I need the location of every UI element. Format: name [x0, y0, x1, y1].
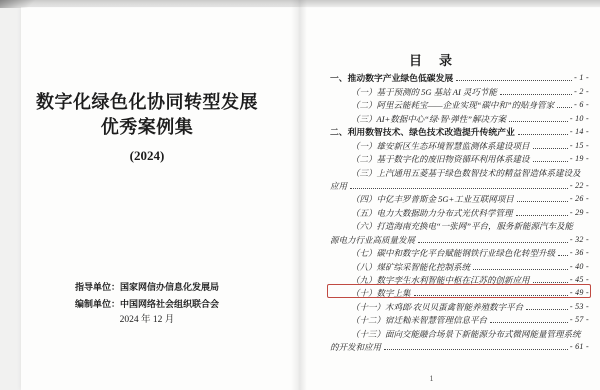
toc-entry-page-number: - 26 -	[570, 194, 589, 204]
cover-credits: 指导单位：国家网信办信息化发展局 编制单位：中国网络社会组织联合会	[21, 279, 273, 312]
dotted-leader	[384, 349, 568, 350]
dotted-leader	[526, 309, 568, 310]
toc-entry-text: （六）打造海南充换电“一张网”平台，服务新能源汽车及能	[330, 221, 573, 231]
toc-entry-page-number: - 14 -	[570, 127, 589, 137]
dotted-leader	[533, 282, 568, 283]
toc-entry-page-number: - 36 -	[570, 248, 589, 258]
toc-entry-page-number: - 45 -	[570, 275, 589, 285]
toc-entry-page-number: - 53 -	[570, 302, 589, 312]
toc-entry-text: （七）碳中和数字化平台赋能钢铁行业绿色化转型升级	[330, 248, 555, 258]
dotted-leader	[350, 188, 568, 189]
cover-page: 数字化绿色化协同转型发展 优秀案例集 (2024) 指导单位：国家网信办信息化发…	[21, 7, 299, 390]
toc-entry-row[interactable]: （十三）面向交能融合场景下新能源分布式微网能量管理系统	[330, 325, 589, 338]
toc-entry-row[interactable]: （五）电力大数据助力分布式光伏科学管理- 29 -	[330, 204, 589, 217]
toc-entry-text: （三）上汽通用五菱基于绿色数智技术的精益智造体系建设及	[330, 168, 581, 178]
toc-entry-text: （二）阿里云能耗宝——企业实现“碳中和”的贴身管家	[330, 100, 554, 110]
toc-entry-text: （十三）面向交能融合场景下新能源分布式微网能量管理系统	[330, 329, 581, 339]
toc-entry-page-number: - 61 -	[570, 342, 589, 352]
toc-list: 一、推动数字产业绿色低碳发展- 1 -（一）基于预测的 5G 基站 AI 灵巧节…	[330, 70, 589, 352]
toc-entry-page-number: - 10 -	[570, 114, 589, 124]
cover-year: (2024)	[21, 148, 273, 164]
toc-entry-row[interactable]: 应用- 22 -	[330, 178, 589, 191]
toc-entry-row[interactable]: （九）数字孪生水利智能中枢在江苏的创新应用- 45 -	[330, 272, 589, 285]
toc-entry-text: 源电力行业高质量发展	[330, 235, 415, 245]
toc-entry-text: （八）煤矿综采智能化控制系统	[330, 262, 470, 272]
toc-entry-text: （一）基于预测的 5G 基站 AI 灵巧节能	[330, 87, 497, 97]
toc-entry-page-number: - 57 -	[570, 315, 589, 325]
toc-entry-text: （十）数字上集	[330, 288, 411, 298]
credit-line-compiling-unit: 编制单位：中国网络社会组织联合会	[21, 296, 273, 313]
dotted-leader	[533, 148, 568, 149]
toc-entry-page-number: - 2 -	[574, 87, 589, 97]
dotted-leader	[500, 94, 572, 95]
toc-entry-row[interactable]: （四）中亿丰罗普斯金 5G+工业互联网项目- 26 -	[330, 191, 589, 204]
toc-entry-page-number: - 15 -	[570, 141, 589, 151]
toc-entry-page-number: - 29 -	[570, 208, 589, 218]
toc-heading: 目 录	[299, 50, 564, 69]
dotted-leader	[558, 255, 568, 256]
toc-page: 目 录 一、推动数字产业绿色低碳发展- 1 -（一）基于预测的 5G 基站 AI…	[299, 7, 600, 390]
dotted-leader	[414, 295, 568, 296]
toc-entry-text: 一、推动数字产业绿色低碳发展	[330, 73, 453, 83]
toc-entry-row[interactable]: （六）打造海南充换电“一张网”平台，服务新能源汽车及能	[330, 218, 589, 231]
toc-entry-row[interactable]: （二）阿里云能耗宝——企业实现“碳中和”的贴身管家- 6 -	[330, 97, 589, 110]
cover-title-line1: 数字化绿色化协同转型发展	[21, 91, 273, 113]
toc-entry-page-number: - 1 -	[574, 73, 589, 83]
toc-entry-text: （五）电力大数据助力分布式光伏科学管理	[330, 208, 513, 218]
toc-entry-page-number: - 6 -	[574, 100, 589, 110]
toc-entry-row[interactable]: （二）基于数字化的废旧物资循环利用体系建设- 19 -	[330, 151, 589, 164]
dotted-leader	[533, 161, 568, 162]
toc-entry-row[interactable]: （三）上汽通用五菱基于绿色数智技术的精益智造体系建设及	[330, 164, 589, 177]
toc-entry-text: （一）雄安新区生态环境智慧监测体系建设项目	[330, 141, 530, 151]
dotted-leader	[557, 107, 572, 108]
credit-line-guiding-unit: 指导单位：国家网信办信息化发展局	[21, 279, 273, 296]
toc-entry-text: 二、利用数智技术、绿色技术改造提升传统产业	[330, 127, 515, 137]
toc-page-footer-number: 1	[299, 374, 564, 383]
toc-entry-page-number: - 19 -	[570, 154, 589, 164]
toc-entry-row[interactable]: （三）AI+数据中心“绿·智·弹性”解决方案- 10 -	[330, 110, 589, 123]
toc-entry-page-number: - 49 -	[570, 288, 589, 298]
dotted-leader	[490, 322, 568, 323]
toc-entry-row[interactable]: （七）碳中和数字化平台赋能钢铁行业绿色化转型升级- 36 -	[330, 245, 589, 258]
cover-date: 2024 年 12 月	[21, 311, 273, 325]
dotted-leader	[456, 80, 572, 81]
toc-entry-row[interactable]: （十一）木鸡郎·农贝贝蛋禽智能养殖数字平台- 53 -	[330, 298, 589, 311]
toc-entry-text: （十二）宿迁籼米智慧管理信息平台	[330, 315, 487, 325]
toc-entry-row[interactable]: 的开发和应用- 61 -	[330, 339, 589, 352]
dotted-leader	[518, 134, 568, 135]
toc-entry-page-number: - 32 -	[570, 235, 589, 245]
document-preview: 数字化绿色化协同转型发展 优秀案例集 (2024) 指导单位：国家网信办信息化发…	[0, 0, 600, 390]
toc-entry-row[interactable]: （一）雄安新区生态环境智慧监测体系建设项目- 15 -	[330, 137, 589, 150]
dotted-leader	[509, 121, 568, 122]
toc-section-row[interactable]: 二、利用数智技术、绿色技术改造提升传统产业- 14 -	[330, 124, 589, 137]
toc-entry-text: （十一）木鸡郎·农贝贝蛋禽智能养殖数字平台	[330, 302, 523, 312]
toc-section-row[interactable]: 一、推动数字产业绿色低碳发展- 1 -	[330, 70, 589, 83]
toc-entry-row[interactable]: （十）数字上集- 49 -	[330, 285, 589, 298]
cover-title-line2: 优秀案例集	[21, 116, 273, 138]
toc-entry-row[interactable]: （八）煤矿综采智能化控制系统- 40 -	[330, 258, 589, 271]
toc-entry-page-number: - 22 -	[570, 181, 589, 191]
toc-entry-text: （九）数字孪生水利智能中枢在江苏的创新应用	[330, 275, 530, 285]
dotted-leader	[517, 201, 568, 202]
dotted-leader	[418, 242, 568, 243]
toc-entry-text: 的开发和应用	[330, 342, 381, 352]
toc-entry-text: （四）中亿丰罗普斯金 5G+工业互联网项目	[330, 194, 514, 204]
toc-entry-row[interactable]: 源电力行业高质量发展- 32 -	[330, 231, 589, 244]
toc-entry-page-number: - 40 -	[570, 262, 589, 272]
toc-entry-text: （二）基于数字化的废旧物资循环利用体系建设	[330, 154, 530, 164]
toc-entry-text: （三）AI+数据中心“绿·智·弹性”解决方案	[330, 114, 506, 124]
toc-entry-text: 应用	[330, 181, 347, 191]
toc-entry-row[interactable]: （十二）宿迁籼米智慧管理信息平台- 57 -	[330, 312, 589, 325]
dotted-leader	[516, 215, 568, 216]
dotted-leader	[473, 269, 568, 270]
toc-entry-row[interactable]: （一）基于预测的 5G 基站 AI 灵巧节能- 2 -	[330, 83, 589, 96]
